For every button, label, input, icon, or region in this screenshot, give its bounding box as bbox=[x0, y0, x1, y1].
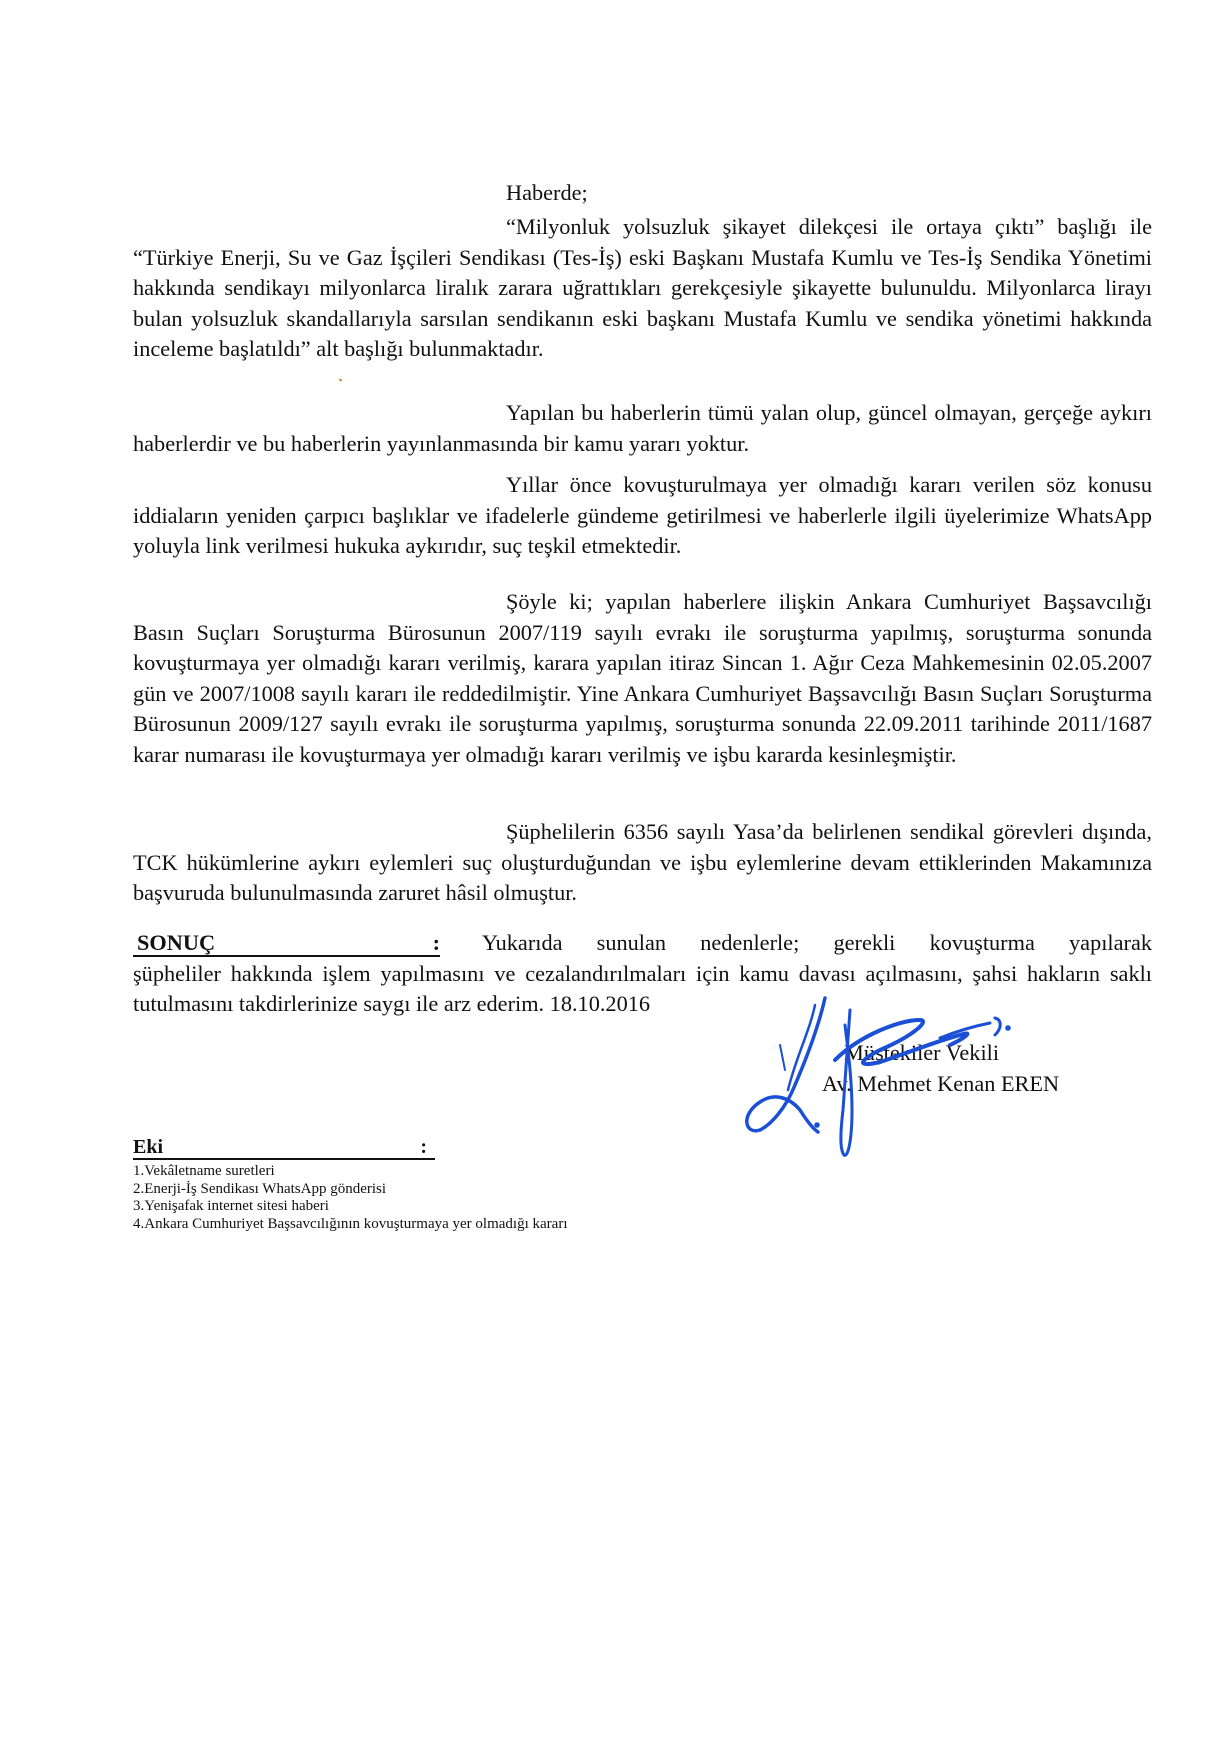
attachment-item: 4.Ankara Cumhuriyet Başsavcılığının kovu… bbox=[133, 1216, 567, 1234]
paragraph-text: Şüphelilerin 6356 sayılı Yasa’da belirle… bbox=[133, 817, 1152, 909]
attachments-label-text: Eki bbox=[133, 1136, 163, 1158]
scan-speck bbox=[339, 378, 343, 381]
conclusion-colon: : bbox=[433, 930, 440, 955]
paragraph-text: “Milyonluk yolsuzluk şikayet dilekçesi i… bbox=[133, 212, 1152, 365]
paragraph-news-headline: “Milyonluk yolsuzluk şikayet dilekçesi i… bbox=[133, 212, 1152, 365]
attachments-colon: : bbox=[420, 1136, 427, 1158]
conclusion-first-text: Yukarıda sunulan nedenlerle; gerekli kov… bbox=[482, 928, 1152, 959]
conclusion-section: SONUÇ : Yukarıda sunulan nedenlerle; ger… bbox=[133, 928, 1152, 1020]
conclusion-label-text: SONUÇ bbox=[137, 930, 215, 955]
attachments-list: 1.Vekâletname suretleri 2.Enerji-İş Send… bbox=[133, 1163, 567, 1233]
signature-block: Müştekiler Vekili Av. Mehmet Kenan EREN bbox=[822, 1038, 1059, 1099]
signature-role: Müştekiler Vekili bbox=[822, 1038, 1059, 1069]
attachment-item: 1.Vekâletname suretleri bbox=[133, 1163, 567, 1181]
attachment-item: 3.Yenişafak internet sitesi haberi bbox=[133, 1198, 567, 1216]
document-page: Haberde; “Milyonluk yolsuzluk şikayet di… bbox=[0, 0, 1229, 1744]
paragraph-text: Yıllar önce kovuşturulmaya yer olmadığı … bbox=[133, 470, 1152, 562]
paragraph-text: Şöyle ki; yapılan haberlere ilişkin Anka… bbox=[133, 587, 1152, 770]
attachments-section: Eki : 1.Vekâletname suretleri 2.Enerji-İ… bbox=[133, 1136, 567, 1233]
paragraph-necessity: Şüphelilerin 6356 sayılı Yasa’da belirle… bbox=[133, 817, 1152, 909]
conclusion-label: SONUÇ : bbox=[133, 930, 440, 957]
signature-name: Av. Mehmet Kenan EREN bbox=[822, 1069, 1059, 1100]
attachment-item: 2.Enerji-İş Sendikası WhatsApp gönderisi bbox=[133, 1181, 567, 1199]
paragraph-text: Yapılan bu haberlerin tümü yalan olup, g… bbox=[133, 398, 1152, 459]
attachments-label: Eki : bbox=[133, 1136, 435, 1160]
paragraph-unlawful: Yıllar önce kovuşturulmaya yer olmadığı … bbox=[133, 470, 1152, 562]
paragraph-prior-rulings: Şöyle ki; yapılan haberlere ilişkin Anka… bbox=[133, 587, 1152, 770]
paragraph-false-news: Yapılan bu haberlerin tümü yalan olup, g… bbox=[133, 398, 1152, 459]
intro-label: Haberde; bbox=[506, 178, 588, 208]
conclusion-text: şüpheliler hakkında işlem yapılmasını ve… bbox=[133, 959, 1152, 1020]
conclusion-first-line: SONUÇ : Yukarıda sunulan nedenlerle; ger… bbox=[133, 928, 1152, 959]
